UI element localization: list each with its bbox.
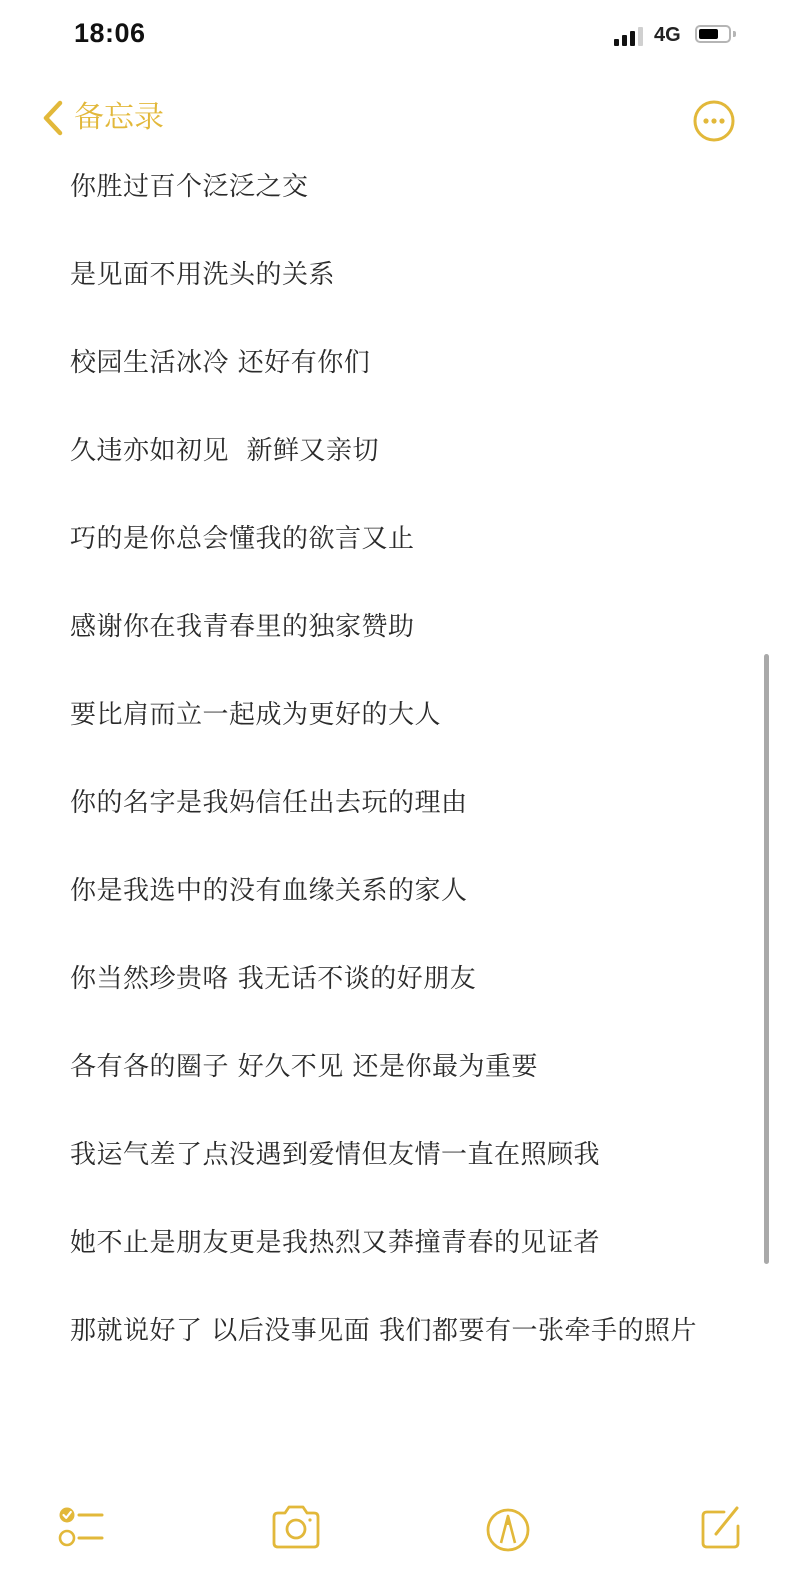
note-line[interactable]: 久违亦如初见 新鲜又亲切 [70, 432, 730, 470]
note-line[interactable]: 你胜过百个泛泛之交 [70, 168, 730, 206]
note-line[interactable]: 那就说好了 以后没事见面 我们都要有一张牵手的照片 [70, 1312, 730, 1350]
status-time: 18:06 [74, 18, 146, 49]
compose-icon [692, 1498, 752, 1558]
note-line[interactable]: 要比肩而立一起成为更好的大人 [70, 696, 730, 734]
note-line[interactable]: 我运气差了点没遇到爱情但友情一直在照顾我 [70, 1136, 730, 1174]
note-body[interactable]: 你胜过百个泛泛之交 是见面不用洗头的关系 校园生活冰冷 还好有你们 久违亦如初见… [70, 168, 730, 1400]
ellipsis-circle-icon [692, 99, 736, 143]
note-line[interactable]: 她不止是朋友更是我热烈又莽撞青春的见证者 [70, 1224, 730, 1262]
note-line[interactable]: 感谢你在我青春里的独家赞助 [70, 608, 730, 646]
status-bar: 18:06 4G [0, 0, 788, 75]
scrollbar[interactable] [764, 654, 769, 1264]
battery-icon [695, 25, 731, 43]
cellular-signal-icon [614, 26, 646, 46]
markup-button[interactable] [478, 1498, 538, 1558]
note-line[interactable]: 巧的是你总会懂我的欲言又止 [70, 520, 730, 558]
back-button[interactable]: 备忘录 [40, 98, 164, 138]
battery-level [699, 29, 718, 39]
back-label: 备忘录 [74, 98, 164, 138]
note-line[interactable]: 是见面不用洗头的关系 [70, 256, 730, 294]
camera-button[interactable] [266, 1498, 326, 1558]
checklist-button[interactable] [52, 1498, 112, 1558]
note-line[interactable]: 校园生活冰冷 还好有你们 [70, 344, 730, 382]
note-line[interactable]: 你的名字是我妈信任出去玩的理由 [70, 784, 730, 822]
checklist-icon [52, 1498, 112, 1558]
battery-tip [733, 31, 736, 37]
note-line[interactable]: 你是我选中的没有血缘关系的家人 [70, 872, 730, 910]
compose-button[interactable] [692, 1498, 752, 1558]
pen-markup-icon [478, 1498, 538, 1558]
note-line[interactable]: 你当然珍贵咯 我无话不谈的好朋友 [70, 960, 730, 998]
more-button[interactable] [692, 99, 736, 143]
chevron-left-icon [40, 98, 66, 138]
camera-icon [266, 1498, 326, 1558]
nav-bar: 备忘录 [0, 90, 788, 154]
network-type: 4G [654, 24, 681, 47]
bottom-toolbar [0, 1490, 788, 1570]
note-line[interactable]: 各有各的圈子 好久不见 还是你最为重要 [70, 1048, 730, 1086]
